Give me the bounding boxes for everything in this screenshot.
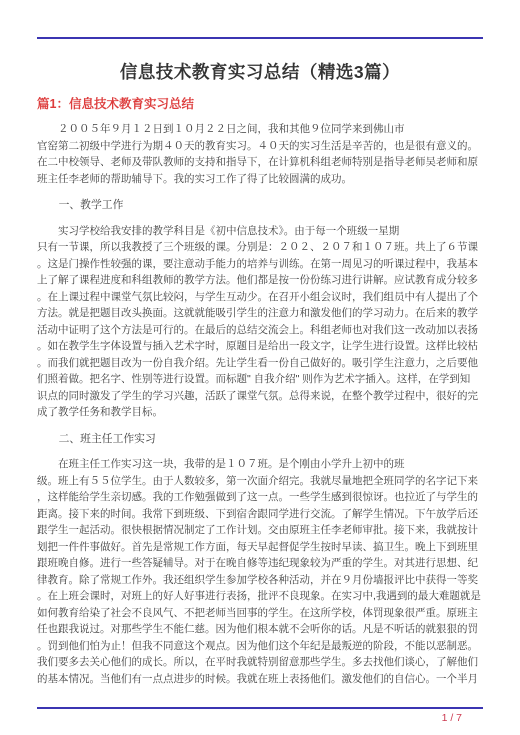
paragraph-class-teacher-work: 在班主任工作实习这一块，我带的是１０７班。是个刚由小学升上初中的班 级。班上有５… <box>37 456 483 687</box>
document-page: 信息技术教育实习总结（精选3篇） 篇1：信息技术教育实习总结 ２００５年９月１２… <box>0 0 520 735</box>
bottom-divider <box>37 707 483 709</box>
paragraph-teaching-work: 实习学校给我安排的教学科目是《初中信息技术》。由于每一个班级一星期 只有一节课，… <box>37 223 483 421</box>
document-body: 信息技术教育实习总结（精选3篇） 篇1：信息技术教育实习总结 ２００５年９月１２… <box>37 39 483 687</box>
page-title: 信息技术教育实习总结（精选3篇） <box>37 60 483 84</box>
subheading-teaching-work: 一、教学工作 <box>37 197 483 214</box>
page-number: 1 / 7 <box>442 711 462 725</box>
subheading-class-teacher-work: 二、班主任工作实习 <box>37 431 483 448</box>
article-section-heading: 篇1：信息技术教育实习总结 <box>37 96 483 112</box>
paragraph-intro: ２００５年９月１２日到１０月２２日之间，我和其他９位同学来到佛山市 官窑第二初级… <box>37 121 483 187</box>
